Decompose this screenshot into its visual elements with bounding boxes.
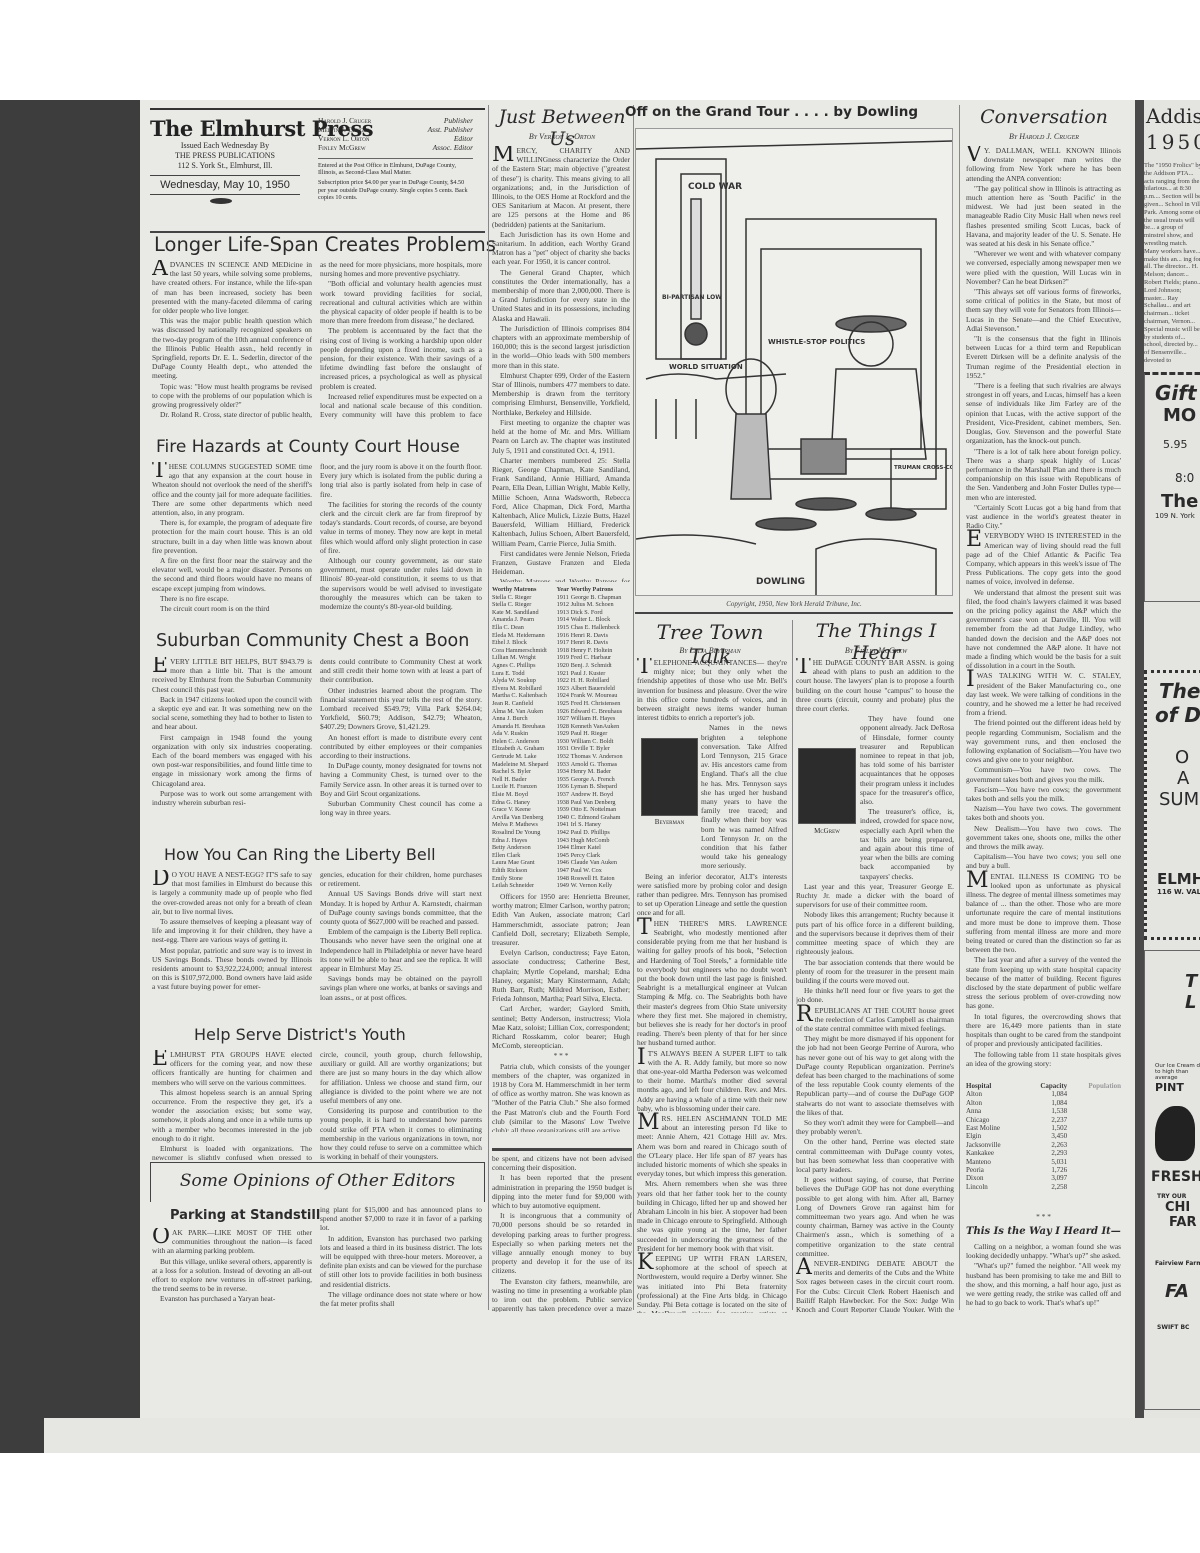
article-text: floor, and the jury room is above it on … <box>320 462 482 499</box>
worthy-patron: Fred H. Christensen <box>571 700 630 708</box>
worthy-matron: Elvera M. Robillard <box>492 685 557 693</box>
worthy-patron: Albert Bauersfeld <box>571 685 630 693</box>
roster-year: 1922 <box>557 677 571 685</box>
article-text: First campaign in 1948 found the young o… <box>152 733 312 788</box>
column-text: First candidates were Jennie Nelson, Fri… <box>492 549 630 577</box>
hospital-body: Alton1,084Alton1,084Anna1,538Chicago2,23… <box>966 1090 1121 1191</box>
article-text: dents could contribute to Community Ches… <box>320 657 482 685</box>
roster-row: Amanda H. Breuhaus1928Kenneth VanAuken <box>492 723 630 731</box>
worthy-matron: Lillian M. Wright <box>492 654 557 662</box>
ad-fairview-t: T <box>1145 951 1200 992</box>
roster-row: Alyda W. Soukup1922H. H. Robillard <box>492 677 630 685</box>
headline-fire-hazards: Fire Hazards at County Court House <box>156 437 460 457</box>
roster-year: 1943 <box>557 837 571 845</box>
roster-row: Melva P. Mathews1941Irl S. Haney <box>492 821 630 829</box>
hospital-name: Kankakee <box>966 1149 1023 1157</box>
byline-cruger: By Harold J. Cruger <box>964 132 1124 141</box>
tree-town-talk-text: TELEPHONE ACQUAINTANCES— they're mighty … <box>637 658 787 1313</box>
article-liberty-bell-col2: gencies, education for their children, h… <box>320 870 482 1018</box>
column-text: "The gay political show in Illinois is a… <box>966 184 1121 248</box>
worthy-patron: Henri R. Davis <box>571 639 630 647</box>
worthy-matron: Grace V. Keene <box>492 806 557 814</box>
column-text: The treasurer's office, is, indeed, crow… <box>796 807 954 881</box>
hospital-name: Peoria <box>966 1166 1023 1174</box>
article-text: DVANCES IN SCIENCE AND MEDicine in the l… <box>152 260 312 315</box>
ad-elmhurst-o: O <box>1147 727 1200 768</box>
hospital-row: East Moline1,502 <box>966 1124 1121 1132</box>
roster-year: 1916 <box>557 632 571 640</box>
hospital-capacity: 2,237 <box>1023 1116 1067 1124</box>
article-text: It is incongruous that a community of 70… <box>492 1211 632 1275</box>
worthy-patron: C. Edmond Graham <box>571 814 630 822</box>
roster-row: Madeleine M. Shepard1933Arnold G. Thomas <box>492 761 630 769</box>
cartoon-label: COLD WAR <box>688 182 742 192</box>
ad-fairview-far: FAR <box>1145 1215 1200 1230</box>
worthy-patron: Benj. J. Schmidt <box>571 662 630 670</box>
hospital-capacity: 1,538 <box>1023 1107 1067 1115</box>
article-text: O YOU HAVE A NEST-EGG? IT'S safe to say … <box>152 870 312 916</box>
worthy-patron: Frank W. Moureau <box>571 692 630 700</box>
worthy-matron: Elsie M. Boyd <box>492 791 557 799</box>
worthy-patron: Henry M. Bader <box>571 768 630 776</box>
column-title-just-between-us: Just Between Us <box>492 106 632 150</box>
article-fire-hazards-col1: THESE COLUMNS SUGGESTED SOME time ago th… <box>152 462 312 614</box>
roster-row: Kate M. Sandiland1913Dick S. Ford <box>492 609 630 617</box>
worthy-patron: H. H. Robillard <box>571 677 630 685</box>
article-text: But this village, unlike several others,… <box>152 1257 312 1294</box>
column-text: Capitalism—You have two cows; you sell o… <box>966 852 1121 870</box>
ad-elmhurst: The of D O A SUM ELMHU 116 W. VAL <box>1144 670 1200 940</box>
cartoon-drawing-icon: COLD WAR BI-PARTISAN LOW WORLD SITUATION… <box>636 129 953 596</box>
article-text: HESE COLUMNS SUGGESTED SOME time ago tha… <box>152 462 312 517</box>
hospital-header: Population <box>1067 1082 1121 1090</box>
roster-year: 1914 <box>557 616 571 624</box>
column-text: "What's up?" fumed the neighbor. "All we… <box>966 1261 1121 1307</box>
conversation-separator: * * * <box>966 1212 1121 1224</box>
ad-elmhurst-address: 116 W. VAL <box>1147 888 1200 896</box>
worthy-patron: Percy Clark <box>571 852 630 860</box>
worthy-patron: Roswell H. Eaton <box>571 875 630 883</box>
hospital-row: Chicago2,237 <box>966 1116 1121 1124</box>
adjacent-headline-1: Addison <box>1146 104 1200 128</box>
ad-gift: Gift MO 5.95 8:0 The 109 N. York <box>1144 372 1200 602</box>
roster-year: 1921 <box>557 670 571 678</box>
article-text: The problem is accentuated by the fact t… <box>320 326 482 390</box>
roster-row: Anna J. Burch1927William H. Hayes <box>492 715 630 723</box>
masthead-issued: Issued Each Wednesday By <box>150 141 300 151</box>
ad-fairview-copy: Our Ice Cream due to high than average <box>1145 1013 1200 1081</box>
hospital-name: Anna <box>966 1107 1023 1115</box>
hospital-capacity: 3,450 <box>1023 1132 1067 1140</box>
article-text: Evanston has purchased a Yaryan heat- <box>152 1294 312 1303</box>
ad-elmhurst-a: A <box>1147 768 1200 789</box>
hospital-row: Jacksonville2,263 <box>966 1141 1121 1149</box>
roster-row: Ada V. Ruskin1929Paul H. Rieger <box>492 730 630 738</box>
roster-year: 1920 <box>557 662 571 670</box>
worthy-patron: Fred C. Harbaur <box>571 654 630 662</box>
column-text: Each Jurisdiction has its own Home and S… <box>492 230 630 267</box>
article-text: The Evanston city fathers, meanwhile, ar… <box>492 1277 632 1312</box>
worthy-patron: William C. Boldt <box>571 738 630 746</box>
article-text: circle, council, youth group, church fel… <box>320 1050 482 1105</box>
article-text: ing plant for $15,000 and has announced … <box>320 1205 482 1233</box>
column-text: They have found one opponent already. Ja… <box>796 714 954 806</box>
article-text: Increased relief expenditures must be ex… <box>320 392 482 420</box>
headline-longer-life: Longer Life-Span Creates Problems <box>154 233 496 256</box>
cartoon-label: BI-PARTISAN LOW <box>662 294 722 301</box>
ad-fairview-fresh: FRESH <box>1145 1161 1200 1185</box>
roster-year: 1926 <box>557 708 571 716</box>
roster-year: 1917 <box>557 639 571 647</box>
roster-row: Stella C. Rieger1912Julius M. Schoen <box>492 601 630 609</box>
article-community-chest-col1: EVERY LITTLE BIT HELPS, BUT $943.79 is m… <box>152 657 312 827</box>
cartoon-label: WHISTLE-STOP POLITICS <box>768 338 865 346</box>
article-text: as the need for more physicians, more ho… <box>320 260 482 278</box>
roster-year: 1930 <box>557 738 571 746</box>
roster-year: 1944 <box>557 844 571 852</box>
column-text: In total figures, the overcrowding shows… <box>966 1012 1121 1049</box>
column-text: New Dealism—You have two cows. The gover… <box>966 824 1121 852</box>
byline-mcgrew: By Finley McGrew <box>796 646 956 655</box>
worthy-patron: Chas E. Hallenbeck <box>571 624 630 632</box>
hospital-population <box>1067 1158 1121 1166</box>
worthy-matron: Ellen Clark <box>492 852 557 860</box>
worthy-matron: Jean R. Canfield <box>492 700 557 708</box>
column-text: First meeting to organize the chapter wa… <box>492 418 630 455</box>
roster-row: Lucile H. Franzen1936Lyman B. Shepard <box>492 783 630 791</box>
worthy-matron: Edna G. Haney <box>492 799 557 807</box>
staff-role: Assoc. Editor <box>433 143 473 152</box>
roster-year: 1928 <box>557 723 571 731</box>
roster-row: Lillian M. Wright1919Fred C. Harbaur <box>492 654 630 662</box>
ad-gift-time: 8:0 <box>1145 451 1200 485</box>
just-between-us-officers: Officers for 1950 are: Henrietta Breuner… <box>492 892 630 1132</box>
article-text: Considering its purpose and contribution… <box>320 1106 482 1160</box>
hospital-row: Peoria1,726 <box>966 1166 1121 1174</box>
column-text: Carl Archer, warder; Gaylord Smith, sent… <box>492 1004 630 1050</box>
worthy-matron: Nell H. Bader <box>492 776 557 784</box>
article-text: There is no fire escape. <box>152 594 312 603</box>
worthy-patron: Kenneth VanAuken <box>571 723 630 731</box>
article-text: Purpose was to work out some arrangement… <box>152 789 312 807</box>
column-text: Officers for 1950 are: Henrietta Breuner… <box>492 892 630 947</box>
worthy-patron: Thomas V. Anderson <box>571 753 630 761</box>
column-text: Worthy Matrons and Worthy Patrons for El… <box>492 577 630 582</box>
article-community-chest-col2: dents could contribute to Community Ches… <box>320 657 482 827</box>
column-text: The Jurisdiction of Illinois comprises 8… <box>492 324 630 370</box>
staff-name: Harold J. Cruger <box>318 116 371 125</box>
ad-fairview-fa: FA <box>1145 1267 1200 1302</box>
roster-row: Grace V. Keene1939Otto E. Nottelman <box>492 806 630 814</box>
worthy-patron: Hugh McComb <box>571 837 630 845</box>
worthy-matron: Edith Rickson <box>492 867 557 875</box>
hospital-table: Hospital Capacity Population Alton1,084A… <box>966 1082 1121 1191</box>
column-text: Patria club, which consists of the young… <box>492 1062 630 1132</box>
column-text: HE DuPAGE COUNTY BAR ASSN. is going ahea… <box>796 658 954 713</box>
staff-role: Publisher <box>444 116 473 125</box>
headline-district-youth: Help Serve District's Youth <box>194 1025 406 1044</box>
roster-row: Gertrude M. Lake1932Thomas V. Anderson <box>492 753 630 761</box>
roster-row: Lura E. Todd1921Paul J. Kuster <box>492 670 630 678</box>
worthy-patron: Lyman B. Shepard <box>571 783 630 791</box>
roster-row: Emily Stone1948Roswell H. Eaton <box>492 875 630 883</box>
article-text: There is, for example, the program of ad… <box>152 518 312 555</box>
hospital-capacity: 1,084 <box>1023 1099 1067 1107</box>
hospital-header: Capacity <box>1023 1082 1067 1090</box>
hospital-population <box>1067 1141 1121 1149</box>
roster-row: Agnes C. Phillips1920Benj. J. Schmidt <box>492 662 630 670</box>
column-text: "Certainly Scott Lucas got a big hand fr… <box>966 503 1121 531</box>
roster-row: Betty Anderson1944Elmer Katel <box>492 844 630 852</box>
hospital-row: Manteno5,031 <box>966 1158 1121 1166</box>
ad-fairview-brand: Fairview Farms <box>1145 1230 1200 1267</box>
roster-year: 1911 <box>557 594 571 602</box>
ad-fairview-swift: SWIFT BC <box>1145 1302 1200 1331</box>
hospital-row: Kankakee2,293 <box>966 1149 1121 1157</box>
article-parking-col2: ing plant for $15,000 and has announced … <box>320 1205 482 1310</box>
worthy-patron: Claude Van Auken <box>571 859 630 867</box>
roster-year: 1913 <box>557 609 571 617</box>
cartoon-copyright: Copyright, 1950, New York Herald Tribune… <box>635 600 953 608</box>
hospital-name: Manteno <box>966 1158 1023 1166</box>
column-text: So they won't admit they were for Campbe… <box>796 1118 954 1136</box>
heard-it-text: Calling on a neighbor, a woman found she… <box>966 1242 1121 1312</box>
roster-row: Elvera M. Robillard1923Albert Bauersfeld <box>492 685 630 693</box>
masthead-address: 112 S. York St., Elmhurst, Ill. <box>150 161 300 171</box>
worthy-matron: Elizabeth A. Graham <box>492 745 557 753</box>
roster-header: Worthy Matrons <box>492 586 557 594</box>
roster-row: Edna J. Hayes1943Hugh McComb <box>492 837 630 845</box>
roster-year: 1938 <box>557 799 571 807</box>
entry-note: Entered at the Post Office in Elmhurst, … <box>318 162 473 176</box>
roster-header: Worthy Patrons <box>571 586 630 594</box>
worthy-matron: Emily Stone <box>492 875 557 883</box>
ad-gift-store: The <box>1145 485 1200 512</box>
newspaper-page: The Elmhurst Press Issued Each Wednesday… <box>140 100 1135 1418</box>
hospital-population <box>1067 1149 1121 1157</box>
article-text: Back in 1947 citizens looked upon the co… <box>152 695 312 732</box>
worthy-patron: Paul W. Cox <box>571 867 630 875</box>
column-text: Elmhurst Chapter 699, Order of the Easte… <box>492 371 630 417</box>
roster-year: 1923 <box>557 685 571 693</box>
column-text: WAS TALKING WITH W. C. STALEY, president… <box>966 671 1121 717</box>
roster-year: 1946 <box>557 859 571 867</box>
ad-gift-price: 5.95 <box>1145 426 1200 451</box>
article-text: Dr. Roland R. Cross, state director of p… <box>152 410 312 420</box>
worthy-matron: Lura E. Todd <box>492 670 557 678</box>
column-text: Being an inferior decorator, ALT's inter… <box>637 872 787 918</box>
ad-fairview-chi: CHI <box>1145 1200 1200 1215</box>
staff-name: Vernon L. Orton <box>318 134 369 143</box>
roster-row: Jean R. Canfield1925Fred H. Christensen <box>492 700 630 708</box>
ad-gift-title: Gift <box>1145 375 1200 405</box>
worthy-matron: Betty Anderson <box>492 844 557 852</box>
staff-name: Finley McGrew <box>318 143 366 152</box>
hospital-name: Elgin <box>966 1132 1023 1140</box>
article-text: The village ordinance does not state whe… <box>320 1290 482 1308</box>
issue-date: Wednesday, May 10, 1950 <box>150 175 300 195</box>
column-rule <box>959 105 960 1310</box>
roster-row: Leilah Schneider1949W. Vernon Kelly <box>492 882 630 890</box>
worthy-matron: Edna J. Hayes <box>492 837 557 845</box>
column-text: "Wherever we went and with whatever comp… <box>966 249 1121 286</box>
article-text: gencies, education for their children, h… <box>320 870 482 888</box>
article-text: Annual US Savings Bonds drive will start… <box>320 889 482 926</box>
roster-year: 1948 <box>557 875 571 883</box>
headline-community-chest: Suburban Community Chest a Boon <box>156 631 469 651</box>
staff-role: Editor <box>454 134 473 143</box>
worthy-patron: Paul H. Rieger <box>571 730 630 738</box>
roster-year: 1931 <box>557 745 571 753</box>
scan-background: Addison 1950 F The "1950 Frolics" by the… <box>0 0 1200 1553</box>
roster-row: Eleda M. Heidemann1916Henri R. Davis <box>492 632 630 640</box>
hospital-row: Alton1,084 <box>966 1099 1121 1107</box>
ad-elmhurst-store: ELMHU <box>1147 810 1200 888</box>
article-text: Savings bonds may be obtained on the pay… <box>320 974 482 1002</box>
roster-row: Amanda J. Pearn1914Walter L. Block <box>492 616 630 624</box>
hospital-name: Alton <box>966 1099 1023 1107</box>
column-rule <box>792 620 793 1310</box>
worthy-matron: Ella C. Dean <box>492 624 557 632</box>
worthy-matron: Gertrude M. Lake <box>492 753 557 761</box>
staff-row: Vernon L. OrtonEditor <box>318 134 473 143</box>
hospital-capacity: 1,502 <box>1023 1124 1067 1132</box>
article-district-youth-col1: ELMHURST PTA GROUPS HAVE elected officer… <box>152 1050 312 1160</box>
roster-year: 1945 <box>557 852 571 860</box>
column-text: The following table from 11 state hospit… <box>966 1050 1121 1068</box>
roster-year: 1947 <box>557 867 571 875</box>
article-text: "Both official and voluntary health agen… <box>320 279 482 325</box>
article-district-youth-col2: circle, council, youth group, church fel… <box>320 1050 482 1160</box>
roster-body: Stella C. Rieger1911George B. ChapmanSte… <box>492 594 630 890</box>
roster-year: 1918 <box>557 647 571 655</box>
just-between-us-text: MERCY, CHARITY AND WILLINGness character… <box>492 146 630 582</box>
column-text: The friend pointed out the different ide… <box>966 718 1121 764</box>
article-text: Most popular, patriotic and sure way is … <box>152 946 312 992</box>
hospital-population <box>1067 1124 1121 1132</box>
cartoon-signature: DOWLING <box>756 577 805 587</box>
ad-elmhurst-title: The <box>1147 673 1200 703</box>
roster-row: Rachel S. Byler1934Henry M. Bader <box>492 768 630 776</box>
section-rule <box>635 612 953 614</box>
worthy-matron: Rachel S. Byler <box>492 768 557 776</box>
column-text: Charter members numbered 25: Stella Rieg… <box>492 456 630 548</box>
roster-row: Elizabeth A. Graham1931Orville T. Byler <box>492 745 630 753</box>
article-text: In addition, Evanston has purchased two … <box>320 1234 482 1289</box>
hospital-row: Anna1,538 <box>966 1107 1121 1115</box>
conversation-text: VY. DALLMAN, WELL KNOWN Illinois downsta… <box>966 146 1121 1081</box>
column-text: VERYBODY WHO IS INTERESTED in the Americ… <box>966 531 1121 586</box>
roster-row: Cora Hammerschmidt1918Henry F. Holtein <box>492 647 630 655</box>
worthy-patron: Dick S. Ford <box>571 609 630 617</box>
staff-role: Asst. Publisher <box>428 125 473 134</box>
roster-year: 1927 <box>557 715 571 723</box>
column-text: Communism—You have two cows. The governm… <box>966 765 1121 783</box>
worthy-matron: Amanda H. Breuhaus <box>492 723 557 731</box>
column-text: T'S ALWAYS BEEN A SUPER LIFT to talk wit… <box>637 1049 787 1113</box>
roster-row: Edna G. Haney1938Paul Van Denberg <box>492 799 630 807</box>
column-text: Names in the news brighten a telephone c… <box>637 723 787 870</box>
staff-list: Harold J. CrugerPublisher Melvin J. Crug… <box>318 116 473 152</box>
worthy-patron: Paul D. Phillips <box>571 829 630 837</box>
hospital-row: Alton1,084 <box>966 1090 1121 1098</box>
column-text: EEPING UP WITH FRAN LARSEN, sophomore at… <box>637 1254 787 1313</box>
column-text: "There is a feeling that such rivalries … <box>966 381 1121 445</box>
column-title-conversation: Conversation <box>964 106 1124 128</box>
article-text: The circuit court room is on the third <box>152 604 312 613</box>
hospital-capacity: 2,293 <box>1023 1149 1067 1157</box>
column-rule-double <box>492 1148 632 1151</box>
roster-year: 1929 <box>557 730 571 738</box>
hospital-row: Lincoln2,258 <box>966 1183 1121 1191</box>
worthy-matron: Helen C. Anderson <box>492 738 557 746</box>
article-text: Elmhurst is loaded with organizations. T… <box>152 1144 312 1160</box>
roster-row: Elsie M. Boyd1937Andrew H. Boyd <box>492 791 630 799</box>
roster-table: Worthy Matrons Year Worthy Patrons Stell… <box>492 586 630 890</box>
column-text: On the other hand, Perrine was elected s… <box>796 1137 954 1174</box>
subscription-note: Subscription price $4.00 per year in DuP… <box>318 179 473 201</box>
worthy-matron: Stella C. Rieger <box>492 594 557 602</box>
adjacent-headline-2: 1950 F <box>1146 130 1200 154</box>
worthy-patron: Paul J. Kuster <box>571 670 630 678</box>
roster-year: 1935 <box>557 776 571 784</box>
hospital-population <box>1067 1107 1121 1115</box>
roster-year: 1925 <box>557 700 571 708</box>
ad-fairview-pint: PINT <box>1145 1081 1200 1094</box>
column-text: "It is the consensus that the fight in I… <box>966 334 1121 380</box>
emblem-icon <box>210 198 232 204</box>
other-editors-title: Some Opinions of Other Editors <box>151 1171 484 1191</box>
ad-fairview-l: L <box>1145 992 1200 1013</box>
column-text: NEVER-ENDING DEBATE ABOUT the merits and… <box>796 1259 954 1313</box>
worthy-matron: Agnes C. Phillips <box>492 662 557 670</box>
article-longer-life-col1: ADVANCES IN SCIENCE AND MEDicine in the … <box>152 260 312 420</box>
column-text: Calling on a neighbor, a woman found she… <box>966 1242 1121 1260</box>
column-text: The last year and after a survey of the … <box>966 955 1121 1010</box>
worthy-matron: Rosalind De Young <box>492 829 557 837</box>
article-text: Topic was: "How must health programs be … <box>152 382 312 410</box>
worthy-patron: W. Vernon Kelly <box>571 882 630 890</box>
article-text: This almost hopeless search is an annual… <box>152 1088 312 1143</box>
oes-roster: Worthy Matrons Year Worthy Patrons Stell… <box>492 586 630 891</box>
column-text: HEN THERE'S MRS. LAWRENCE Seabright, who… <box>637 919 787 1048</box>
worthy-matron: Alyda W. Soukup <box>492 677 557 685</box>
headline-liberty-bell: How You Can Ring the Liberty Bell <box>164 845 436 864</box>
worthy-patron: Orville T. Byler <box>571 745 630 753</box>
column-text: Y. DALLMAN, WELL KNOWN Illinois downstat… <box>966 146 1121 183</box>
worthy-patron: Walter L. Block <box>571 616 630 624</box>
worthy-matron: Amanda J. Pearn <box>492 616 557 624</box>
staff-name: Melvin J. Cruger <box>318 125 370 134</box>
article-text: LMHURST PTA GROUPS HAVE elected officers… <box>152 1050 312 1087</box>
hospital-capacity: 1,726 <box>1023 1166 1067 1174</box>
column-text: ENTAL ILLNESS IS COMING TO be looked upo… <box>966 872 1121 955</box>
article-text: Other industries learned about the progr… <box>320 686 482 732</box>
worthy-patron: Henry F. Holtein <box>571 647 630 655</box>
things-i-hear-text: THE DuPAGE COUNTY BAR ASSN. is going ahe… <box>796 658 954 1313</box>
adjacent-page-sliver: Addison 1950 F The "1950 Frolics" by the… <box>1135 100 1200 1418</box>
editorial-cartoon: COLD WAR BI-PARTISAN LOW WORLD SITUATION… <box>635 128 953 596</box>
hospital-population <box>1067 1166 1121 1174</box>
article-text: To assure themselves of keeping a pleasa… <box>152 917 312 945</box>
column-text: Mrs. Ahern remembers when she was three … <box>637 1179 787 1253</box>
ad-elmhurst-line: of D <box>1147 703 1200 727</box>
worthy-matron: Ada V. Ruskin <box>492 730 557 738</box>
article-fire-hazards-col2: floor, and the jury room is above it on … <box>320 462 482 614</box>
article-text: An honest effort is made to distribute e… <box>320 733 482 761</box>
hospital-name: Lincoln <box>966 1183 1023 1191</box>
worthy-patron: Arnold G. Thomas <box>571 761 630 769</box>
